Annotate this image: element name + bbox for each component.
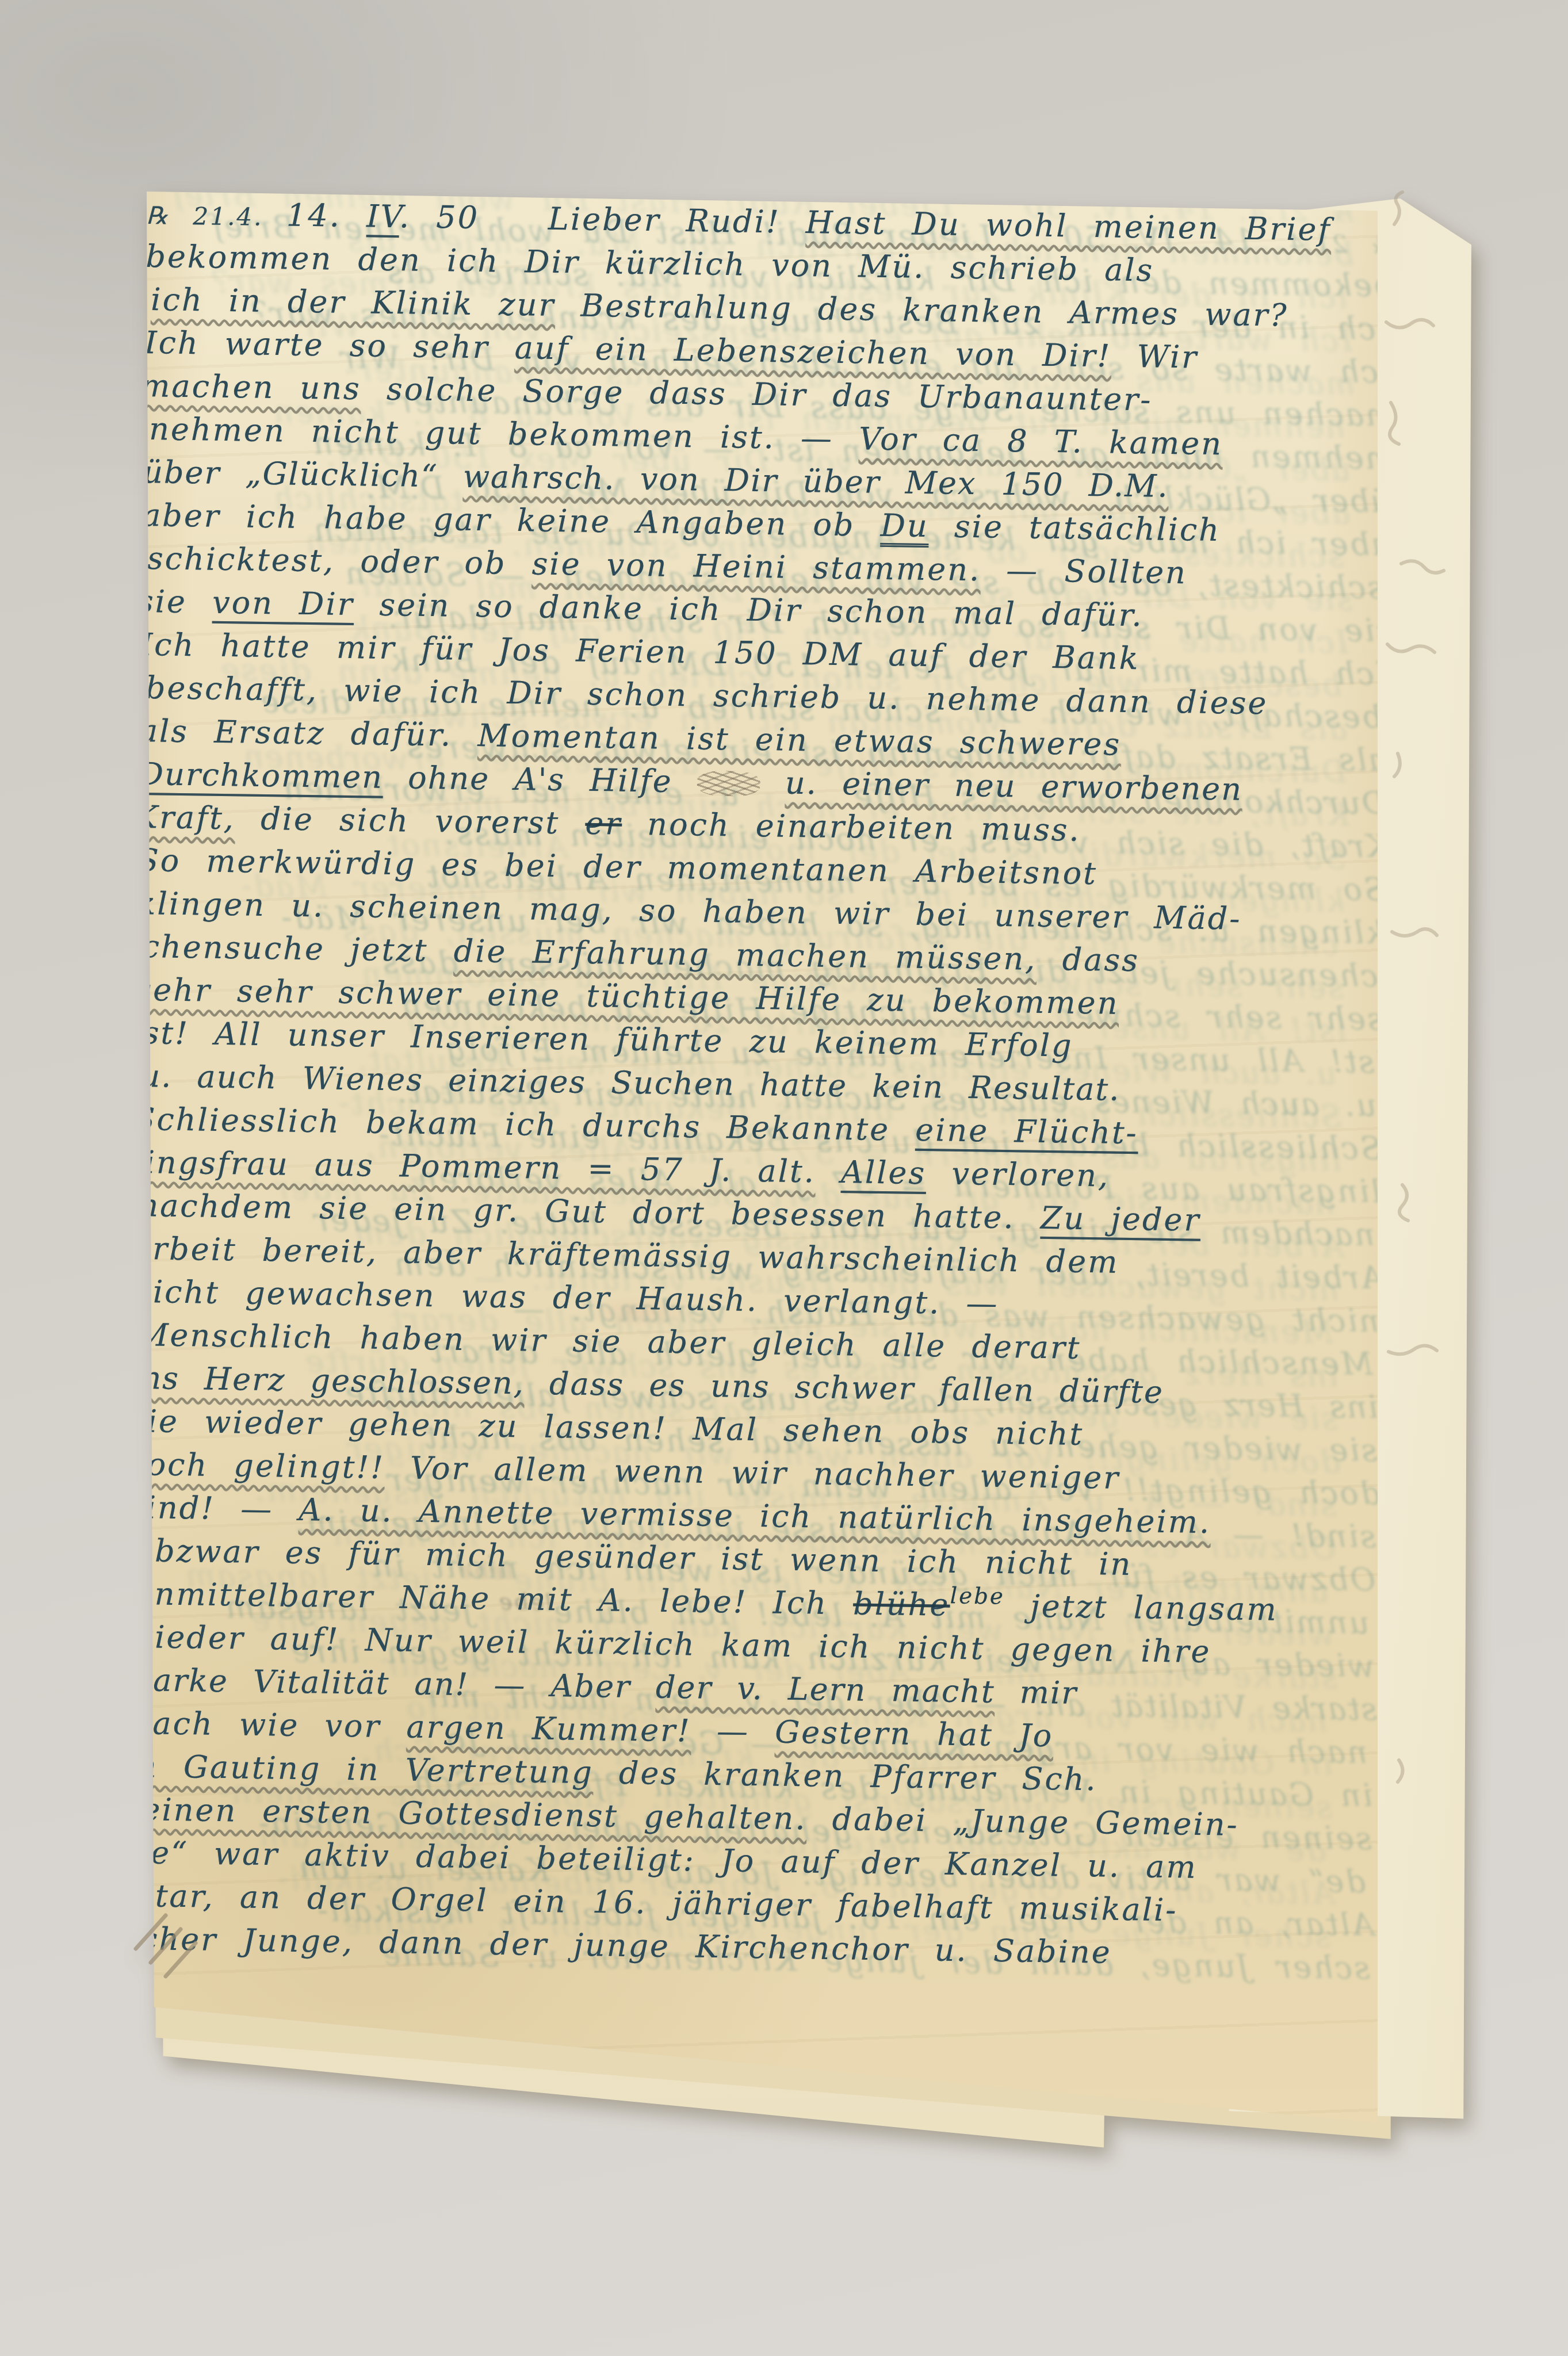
letter-text: Ich warte so sehr [147, 324, 515, 366]
letter-text-strike: blühe [853, 1585, 950, 1623]
letter-text-u-pencil: Vor ca 8 T. kamen [859, 420, 1223, 462]
letter-text: Schliesslich bekam ich durchs Bekannte [147, 1101, 916, 1148]
ink-text-layer: ℞ 21.4. 14. IV. 50Lieber Rudi! Hast Du w… [147, 192, 1378, 2123]
letter-text-u-pencil: in Gauting in Vertretung [147, 1748, 594, 1791]
letter-text-u-ink: von Dir [212, 584, 354, 622]
letter-text: des kranken Pfarrer Sch. [593, 1754, 1097, 1797]
letter-text-u-pencil: seinen ersten Gottesdienst gehalten. [147, 1791, 807, 1837]
letter-text: dabei „Junge Gemein- [806, 1800, 1239, 1842]
letter-text-u-pencil: Momentan ist ein etwas schweres [477, 717, 1122, 763]
letter-text: als Ersatz dafür. [147, 713, 478, 754]
letter-text-u-pencil: Kraft, [147, 799, 235, 836]
letter-text: — Sollten [981, 552, 1188, 591]
letter-text [815, 1153, 841, 1190]
letter-text: Lieber Rudi! [548, 201, 806, 240]
letter-text: dass [1037, 941, 1139, 978]
letter-text: die sich vorerst [235, 800, 586, 841]
letter-text: solche Sorge dass Dir das Urbanaunter- [361, 370, 1152, 418]
letter-text: unmittelbarer Nähe mit A. lebe! Ich [147, 1575, 854, 1621]
letter-text: sie tatsächlich [928, 508, 1221, 548]
letter-text: schicktest, oder ob [147, 540, 532, 582]
letter-text-u-pencil: argen Kummer! [406, 1709, 691, 1749]
letter-text: ohne A's Hilfe [383, 759, 698, 800]
letter-text-gap [479, 228, 548, 230]
letter-text: chensuche jetzt [147, 928, 454, 969]
letter-text: nicht gewachsen was der Haush. verlangt.… [147, 1273, 999, 1322]
letter-text: noch einarbeiten muss. [622, 806, 1081, 848]
letter-text: verloren, [926, 1155, 1110, 1194]
letter-text-u-pencil: Gestern hat Jo [775, 1714, 1054, 1754]
letter-text: nach wie vor [147, 1705, 407, 1745]
letter-text-u-ink: Durchkommen [147, 756, 384, 795]
letter-text: Vor allem wenn wir nachher weniger [384, 1449, 1120, 1496]
letter-text-u-pencil: der v. Lern macht [656, 1669, 995, 1710]
letter-text-uu-ink: Du [880, 507, 929, 544]
letter-text: jetzt langsam [1004, 1588, 1278, 1628]
letter-text-u-pencil: u. einer neu erworbenen [785, 765, 1243, 808]
letter-text-u-pencil: ich in der Klinik zur [151, 281, 556, 323]
letter-text: Bestrahlung des kranken Armes war? [555, 287, 1288, 334]
letter-text-u-ink: IV [366, 198, 400, 235]
letter-text: starke Vitalität an! — Aber [147, 1662, 656, 1705]
letter-text: aber ich habe gar keine Angaben ob [147, 497, 881, 544]
letter-text: über „Glücklich“ [147, 454, 463, 495]
letter-text [760, 764, 785, 801]
letter-text-u-pencil: sie von Heini stammen. [531, 545, 981, 588]
letter-text: sind! — [147, 1489, 299, 1528]
letter-text-u-ink: Alles [841, 1154, 927, 1191]
letter-stack: ℞ 21.4. 14. IV. 50Lieber Rudi! Hast Du w… [0, 0, 1568, 2356]
letter-text: dass es uns schwer fallen dürfte [524, 1365, 1164, 1410]
letter-text-strike: er [585, 805, 622, 842]
letter-text: — [691, 1712, 775, 1750]
screenshot-root: { "photo": { "colors": { "background": "… [0, 0, 1568, 2356]
letter-text-sup: lebe [950, 1574, 1005, 1618]
letter-text-u-ink: Zu jeder [1040, 1200, 1200, 1238]
letter-text-small: ℞ 21.4. [147, 201, 286, 231]
letter-page: ℞ 21.4. 14. IV. 50Lieber Rudi! Hast Du w… [147, 192, 1378, 2123]
letter-text: . 50 [399, 198, 480, 236]
letter-text: 14. [286, 197, 367, 234]
letter-text-u-ink: eine Flücht- [915, 1112, 1138, 1151]
letter-text-u-pencil: auf ein Lebenszeichen von Dir! [514, 330, 1112, 374]
letter-text: sie [147, 583, 213, 621]
letter-text: mir [995, 1674, 1077, 1711]
letter-text-u-pencil: lingsfrau aus Pommern = 57 J. alt. [147, 1144, 816, 1190]
letter-text-u-pencil: ins Herz geschlossen, [147, 1360, 525, 1402]
letter-text: Wir [1111, 338, 1199, 375]
letter-text-u-pencil: doch gelingt!! [147, 1446, 385, 1486]
letter-text-u-pencil: Hast Du wohl meinen Brief [805, 204, 1332, 248]
letter-text: sein so danke ich Dir schon mal dafür. [354, 586, 1144, 633]
letter-text-u-pencil: wahrsch. von Dir über Mex 150 D.M. [462, 458, 1169, 504]
letter-text-u-pencil: machen uns [147, 368, 361, 407]
letter-text-scribble [697, 770, 761, 797]
letter-text-u-pencil: die Erfahrung machen müssen, [453, 933, 1037, 977]
letter-text: nehmen nicht gut bekommen ist. — [149, 411, 859, 457]
